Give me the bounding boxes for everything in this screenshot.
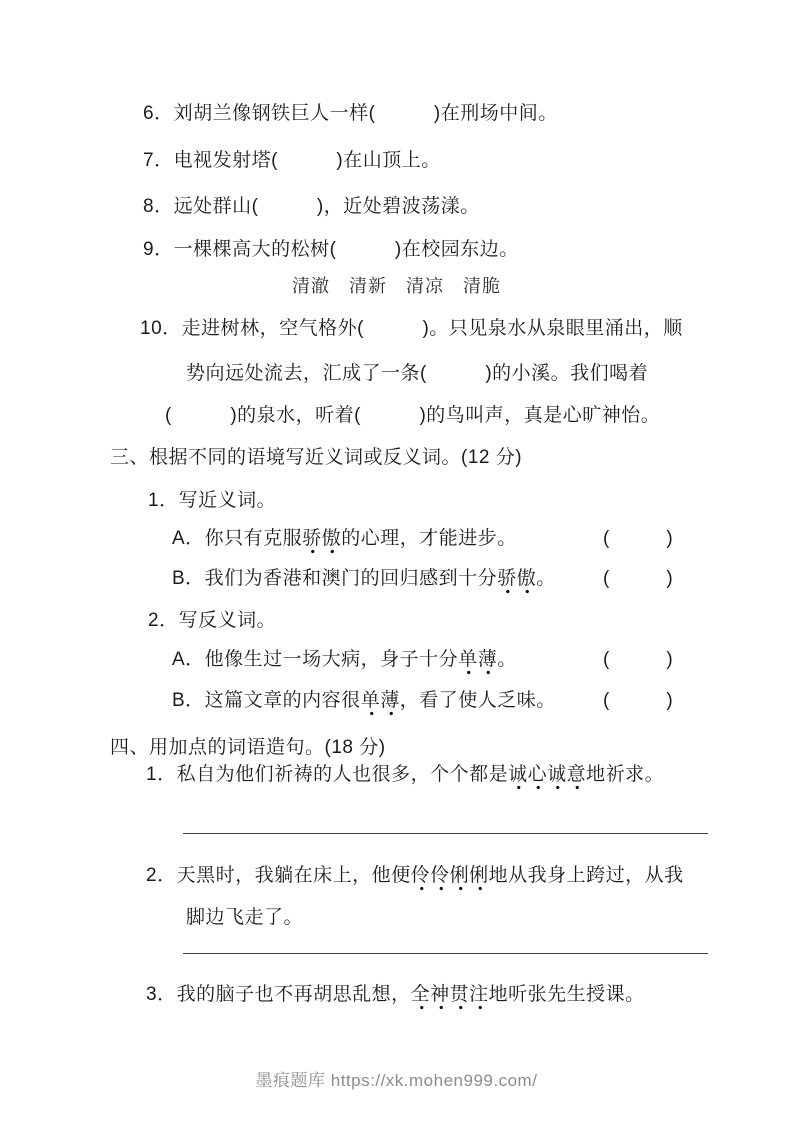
- section-3-row-1A: A．你只有克服骄傲的心理，才能进步。: [172, 525, 517, 552]
- row-text: 3．我的脑子也不再胡思乱想，: [146, 984, 411, 1005]
- row-text: 地听张先生授课。: [489, 984, 645, 1005]
- emphasized-word: 骄傲: [302, 528, 341, 554]
- answer-parentheses: ( ): [603, 525, 673, 552]
- row-text: B．这篇文章的内容很: [172, 690, 361, 711]
- emphasized-word: 全神贯注: [411, 984, 489, 1010]
- row-text: ，看了使人乏味。: [400, 690, 556, 711]
- section-3-row-1B: B．我们为香港和澳门的回归感到十分骄傲。: [172, 565, 556, 592]
- row-text: A．他像生过一场大病，身子十分: [172, 649, 458, 670]
- row-text: 1．私自为他们祈祷的人也很多，个个都是: [146, 764, 508, 785]
- row-text: 的心理，才能进步。: [341, 528, 517, 549]
- section-3-sub-1: 1．写近义词。: [148, 487, 276, 514]
- answer-blank-line: [183, 953, 708, 954]
- section-4-item-3: 3．我的脑子也不再胡思乱想，全神贯注地听张先生授课。: [146, 981, 645, 1008]
- answer-parentheses: ( ): [603, 687, 673, 714]
- question-item-7: 7．电视发射塔( )在山顶上。: [143, 147, 441, 174]
- emphasized-word: 伶伶俐俐: [411, 865, 489, 891]
- emphasized-word: 单薄: [458, 649, 497, 675]
- row-text: 。: [497, 649, 517, 670]
- question-item-9: 9．一棵棵高大的松树( )在校园东边。: [143, 236, 519, 263]
- section-4-item-1: 1．私自为他们祈祷的人也很多，个个都是诚心诚意地祈求。: [146, 761, 664, 788]
- section-4-item-2-line-1: 2．天黑时，我躺在床上，他便伶伶俐俐地从我身上跨过，从我: [146, 862, 684, 889]
- question-item-8: 8．远处群山( )，近处碧波荡漾。: [143, 193, 480, 220]
- answer-parentheses: ( ): [603, 565, 673, 592]
- row-text: 地从我身上跨过，从我: [489, 865, 684, 886]
- exam-paper-page: 6．刘胡兰像钢铁巨人一样( )在刑场中间。 7．电视发射塔( )在山顶上。 8．…: [0, 0, 793, 1122]
- question-item-10-line-3: ( )的泉水，听着( )的鸟叫声，真是心旷神怡。: [165, 402, 660, 429]
- row-text: A．你只有克服: [172, 528, 302, 549]
- section-3-row-2B: B．这篇文章的内容很单薄，看了使人乏味。: [172, 687, 556, 714]
- question-item-6: 6．刘胡兰像钢铁巨人一样( )在刑场中间。: [143, 100, 558, 127]
- row-text: B．我们为香港和澳门的回归感到十分: [172, 568, 497, 589]
- section-4-heading: 四、用加点的词语造句。(18 分): [110, 734, 386, 761]
- emphasized-word: 诚心诚意: [508, 764, 586, 790]
- question-item-10-line-2: 势向远处流去，汇成了一条( )的小溪。我们喝着: [186, 360, 648, 387]
- emphasized-word: 骄傲: [497, 568, 536, 594]
- emphasized-word: 单薄: [361, 690, 400, 716]
- page-footer: 墨痕题库 https://xk.mohen999.com/: [0, 1066, 793, 1091]
- row-text: 地祈求。: [586, 764, 664, 785]
- answer-blank-line: [183, 833, 708, 834]
- row-text: 2．天黑时，我躺在床上，他便: [146, 865, 411, 886]
- word-bank: 清澈 清新 清凉 清脆: [0, 272, 793, 298]
- answer-parentheses: ( ): [603, 646, 673, 673]
- section-4-item-2-line-2: 脚边飞走了。: [186, 904, 303, 931]
- section-3-row-2A: A．他像生过一场大病，身子十分单薄。: [172, 646, 517, 673]
- section-3-sub-2: 2．写反义词。: [148, 607, 276, 634]
- question-item-10-line-1: 10．走进树林，空气格外( )。只见泉水从泉眼里涌出，顺: [140, 315, 683, 342]
- section-3-heading: 三、根据不同的语境写近义词或反义词。(12 分): [110, 444, 522, 471]
- row-text: 。: [536, 568, 556, 589]
